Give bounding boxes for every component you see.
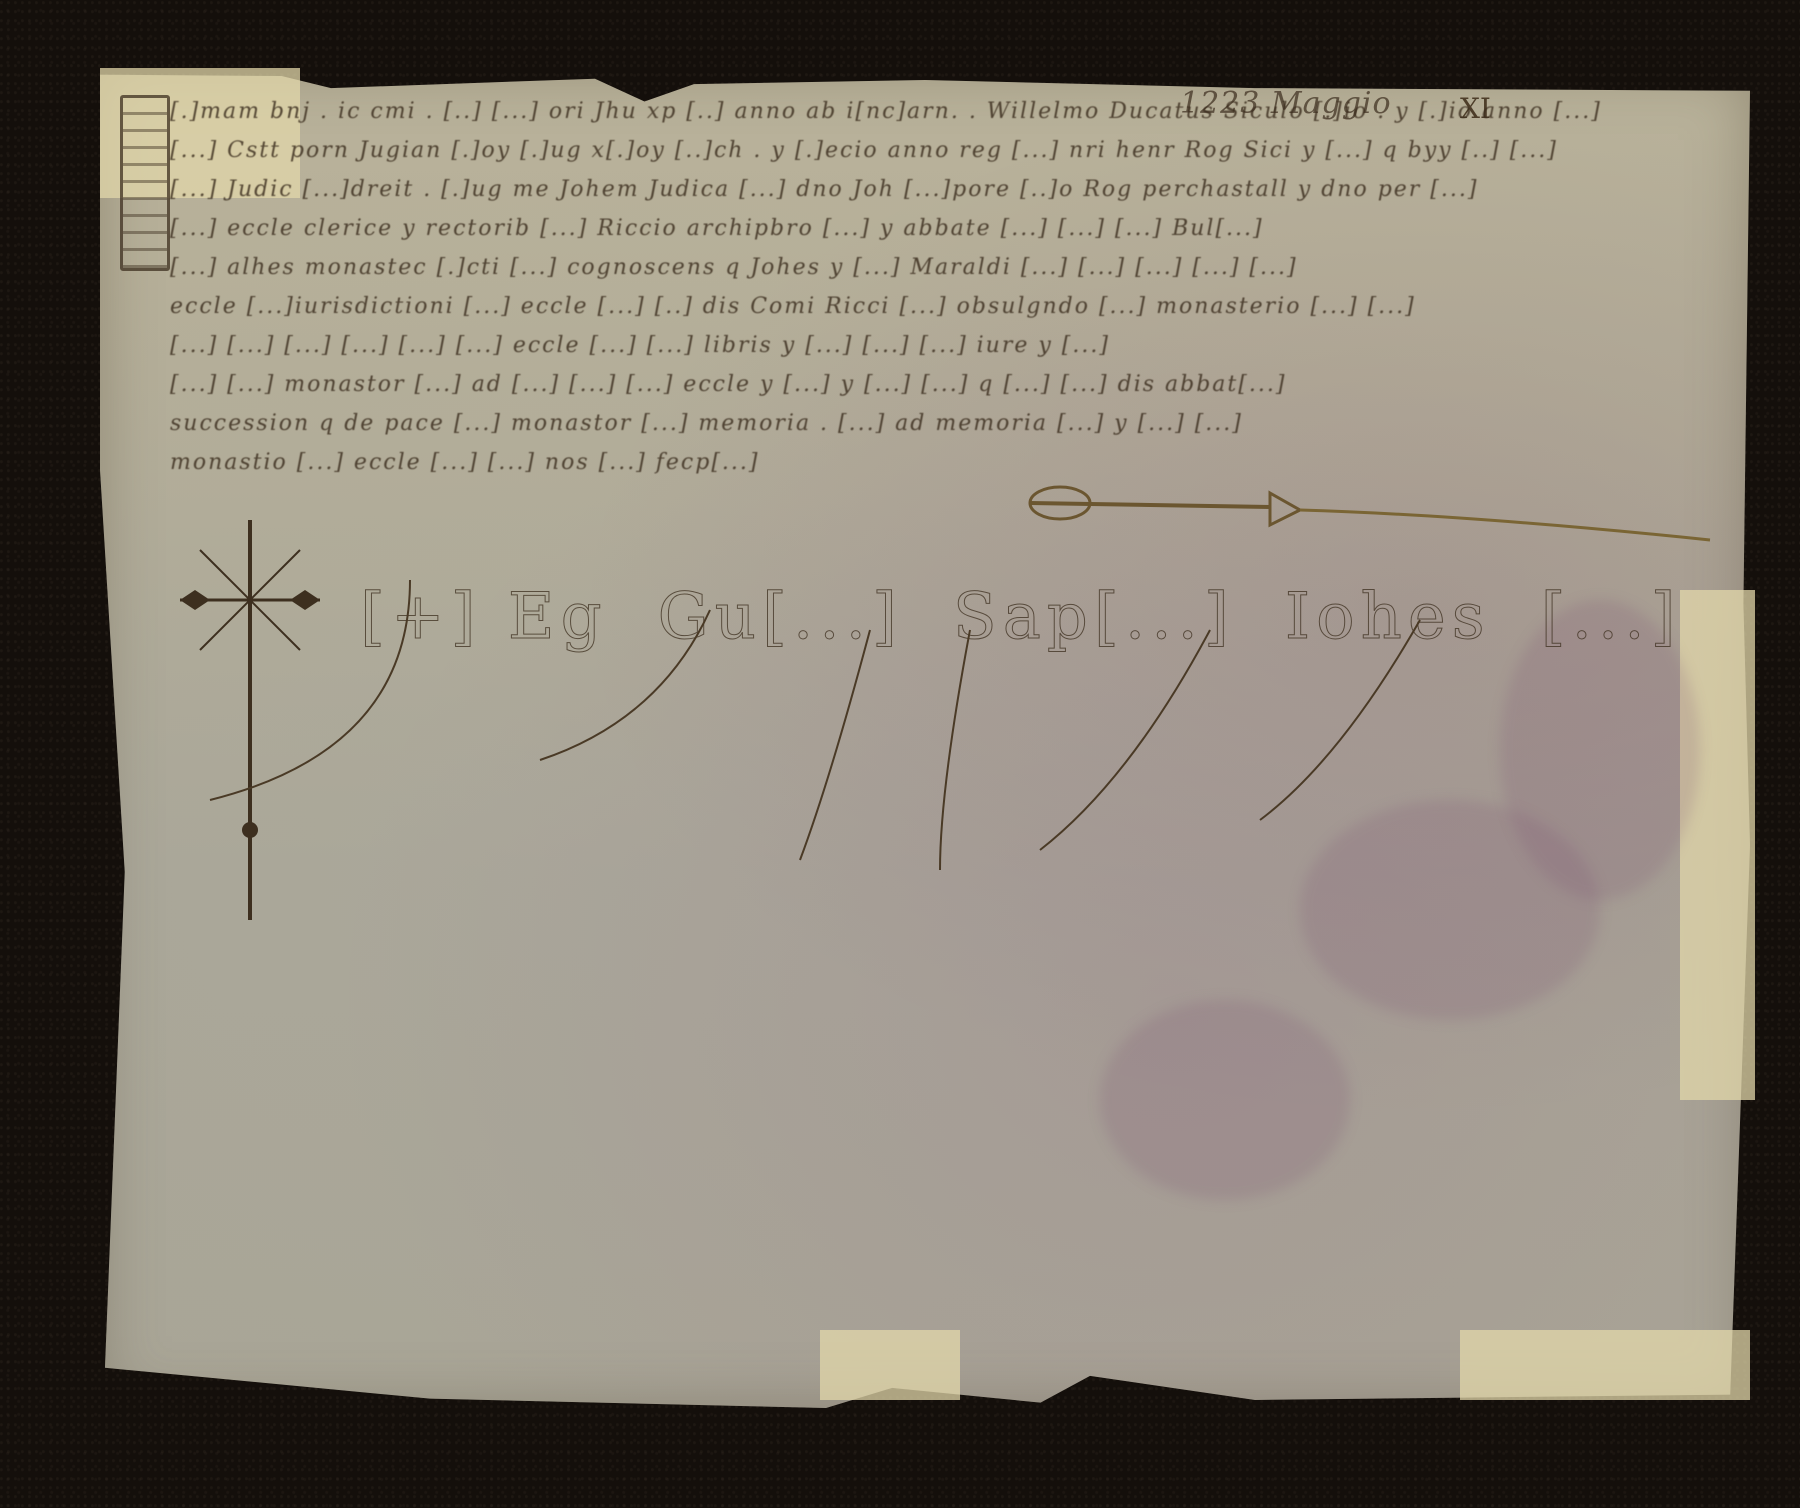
text-line: monastio [...] eccle [...] [...] nos [..…: [170, 443, 1730, 481]
signature-flourish-strokes: [180, 520, 1740, 920]
text-line: succession q de pace [...] monastor [...…: [170, 404, 1730, 442]
text-line: [...] eccle clerice y rectorib [...] Ric…: [170, 209, 1730, 247]
repair-tape-bottom-right: [1460, 1330, 1750, 1400]
text-line: [...] Judic [...]dreit . [.]ug me Johem …: [170, 170, 1730, 208]
decorated-initial: [120, 95, 170, 271]
text-line: [...] alhes monastec [.]cti [...] cognos…: [170, 248, 1730, 286]
text-line: [...] Cstt porn Jugian [.]oy [.]ug x[.]o…: [170, 131, 1730, 169]
text-line: [...] [...] monastor [...] ad [...] [...…: [170, 365, 1730, 403]
signature-block: [+] Eg Gu[...] Sap[...] Iohes [...]: [180, 520, 1740, 910]
stain: [1100, 1000, 1350, 1200]
text-line: eccle [...]iurisdictioni [...] eccle [..…: [170, 287, 1730, 325]
text-line: [...] [...] [...] [...] [...] [...] eccl…: [170, 326, 1730, 364]
text-line: [.]mam bnj . ic cmi . [..] [...] ori Jhu…: [170, 92, 1730, 130]
repair-tape-bottom-center: [820, 1330, 960, 1400]
charter-text-block: [.]mam bnj . ic cmi . [..] [...] ori Jhu…: [170, 92, 1730, 482]
